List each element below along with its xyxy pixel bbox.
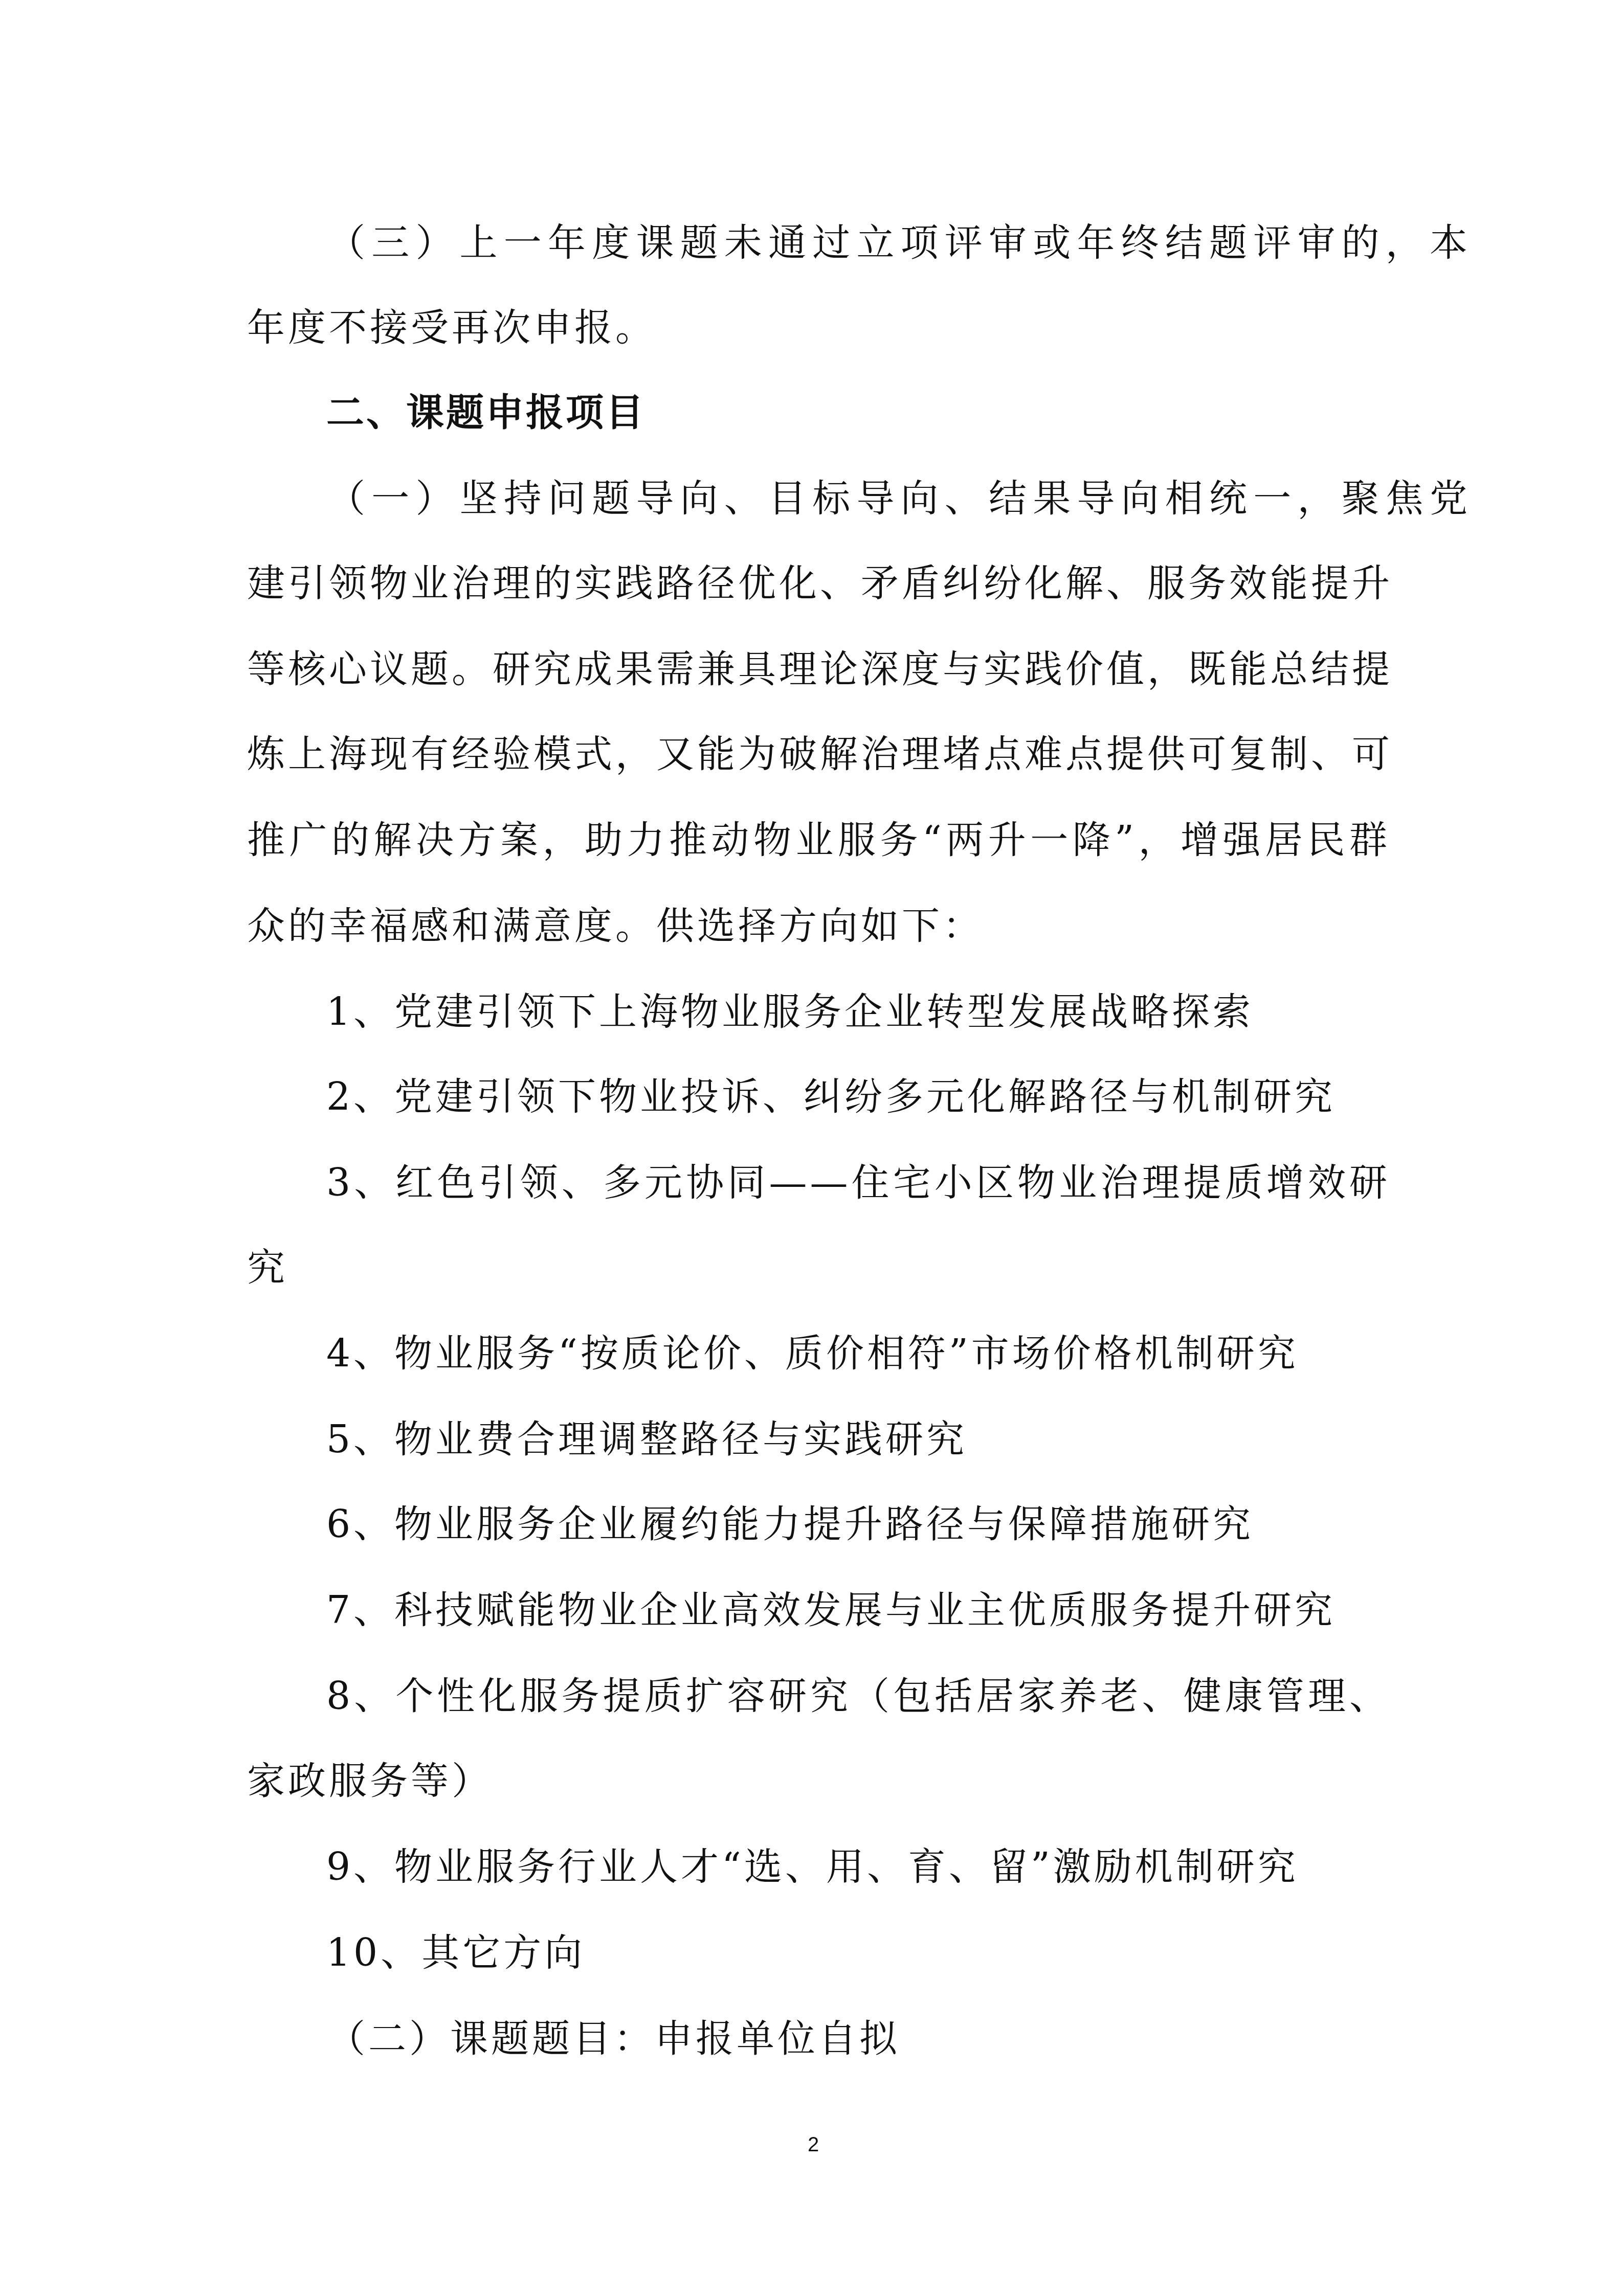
direction-item-6: 6、物业服务企业履约能力提升路径与保障措施研究	[326, 1501, 1470, 1547]
direction-item-7: 7、科技赋能物业企业高效发展与业主优质服务提升研究	[326, 1587, 1470, 1633]
paragraph-3-line-2: 年度不接受再次申报。	[247, 305, 1390, 351]
paragraph-1-line-4: 炼上海现有经验模式，又能为破解治理堵点难点提供可复制、可	[247, 731, 1390, 777]
paragraph-1-line-3: 等核心议题。研究成果需兼具理论深度与实践价值，既能总结提	[247, 646, 1390, 692]
section-heading: 二、课题申报项目	[326, 390, 1470, 436]
direction-item-10: 10、其它方向	[326, 1930, 1470, 1976]
document-page: （三）上一年度课题未通过立项评审或年终结题评审的，本 年度不接受再次申报。 二、…	[0, 0, 1624, 2296]
direction-item-2: 2、党建引领下物业投诉、纠纷多元化解路径与机制研究	[326, 1074, 1470, 1120]
paragraph-1-line-5: 推广的解决方案，助力推动物业服务“两升一降”，增强居民群	[247, 817, 1390, 863]
paragraph-1-line-1: （一）坚持问题导向、目标导向、结果导向相统一，聚焦党	[327, 476, 1471, 522]
direction-item-5: 5、物业费合理调整路径与实践研究	[326, 1416, 1470, 1462]
paragraph-2-line-1: （二）课题题目：申报单位自拟	[327, 2016, 1471, 2062]
direction-item-3: 3、红色引领、多元协同——住宅小区物业治理提质增效研	[326, 1160, 1390, 1206]
paragraph-3-line-1: （三）上一年度课题未通过立项评审或年终结题评审的，本	[327, 220, 1471, 266]
direction-item-9: 9、物业服务行业人才“选、用、育、留”激励机制研究	[326, 1844, 1470, 1890]
direction-item-4: 4、物业服务“按质论价、质价相符”市场价格机制研究	[326, 1331, 1470, 1377]
direction-item-1: 1、党建引领下上海物业服务企业转型发展战略探索	[326, 989, 1470, 1035]
page-number: 2	[798, 2133, 829, 2156]
direction-item-3-cont: 究	[247, 1245, 1390, 1291]
paragraph-1-line-6: 众的幸福感和满意度。供选择方向如下：	[247, 903, 1390, 949]
direction-item-8: 8、个性化服务提质扩容研究（包括居家养老、健康管理、	[326, 1673, 1390, 1719]
direction-item-8-cont: 家政服务等）	[247, 1758, 1390, 1804]
paragraph-1-line-2: 建引领物业治理的实践路径优化、矛盾纠纷化解、服务效能提升	[247, 560, 1390, 606]
